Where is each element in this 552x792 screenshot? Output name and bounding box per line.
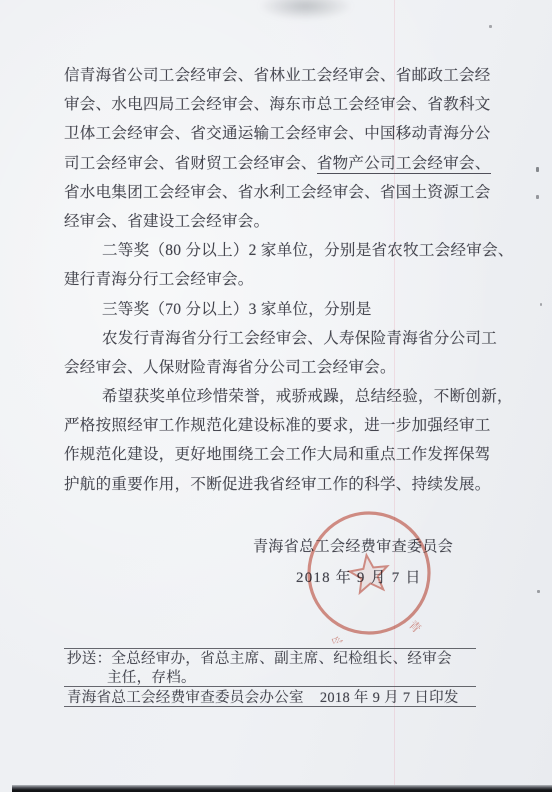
footer-divider-bottom <box>64 706 476 707</box>
body-line: 希望获奖单位珍惜荣誉，戒骄戒躁，总结经验，不断创新， <box>64 382 504 411</box>
paper-crease-shadow <box>258 0 353 20</box>
body-line: 信青海省公司工会经审会、省林业工会经审会、省邮政工会经 <box>64 61 504 90</box>
body-line: 会经审会、人保财险青海省分公司工会经审会。 <box>64 353 504 382</box>
body-line: 护航的重要作用，不断促进我省经审工作的科学、持续发展。 <box>64 470 504 499</box>
body-line: 建行青海分行工会经审会。 <box>64 265 504 294</box>
seal-star-icon <box>348 553 391 594</box>
document-body: 信青海省公司工会经审会、省林业工会经审会、省邮政工会经 审会、水电四局工会经审会… <box>64 61 504 499</box>
body-line: 审会、水电四局工会经审会、海东市总工会经审会、省教科文 <box>64 90 504 119</box>
underlined-text-segment: 省物产公司工会经审会、 <box>317 155 491 174</box>
body-line: 二等奖（80 分以上）2 家单位，分别是省农牧工会经审会、 <box>64 236 504 265</box>
body-line-segment: 司工会经审会、省财贸工会经审会、 <box>64 155 317 172</box>
paper-speck <box>536 195 539 199</box>
body-line: 三等奖（70 分以上）3 家单位，分别是 <box>64 295 504 324</box>
body-line: 经审会、省建设工会经审会。 <box>64 207 504 236</box>
body-line: 农发行青海省分行工会经审会、人寿保险青海省分公司工 <box>64 324 504 353</box>
body-line: 卫体工会经审会、省交通运输工会经审会、中国移动青海分公 <box>64 119 504 148</box>
cc-distribution-block: 抄送：全总经审办，省总主席、副主席、纪检组长、经审会 主任，存档。 <box>67 650 487 689</box>
cc-line: 抄送：全总经审办，省总主席、副主席、纪检组长、经审会 <box>67 650 487 670</box>
issue-date: 2018 年 9 月 7 日印发 <box>320 690 459 706</box>
paper-speck <box>540 303 542 306</box>
paper-speck <box>536 167 539 172</box>
issuer-office: 青海省总工会经费审查委员会办公室 <box>67 690 304 706</box>
footer-divider-middle <box>64 686 476 687</box>
paper-speck <box>489 25 492 28</box>
body-line: 省水电集团工会经审会、省水利工会经审会、省国土资源工会 <box>64 178 504 207</box>
scan-dark-edge <box>12 785 552 792</box>
issuer-line: 青海省总工会经费审查委员会办公室2018 年 9 月 7 日印发 <box>67 689 507 707</box>
body-line: 司工会经审会、省财贸工会经审会、省物产公司工会经审会、 <box>64 149 504 178</box>
paper-speck <box>537 590 540 593</box>
scanned-document-page: 信青海省公司工会经审会、省林业工会经审会、省邮政工会经 审会、水电四局工会经审会… <box>0 0 552 792</box>
official-seal-stamp: 青海省总工会经费审查委员会 <box>296 500 443 647</box>
body-line: 作规范化建设，更好地围绕工会工作大局和重点工作发挥保驾 <box>64 440 504 469</box>
body-line: 严格按照经审工作规范化建设标准的要求，进一步加强经审工 <box>64 411 504 440</box>
